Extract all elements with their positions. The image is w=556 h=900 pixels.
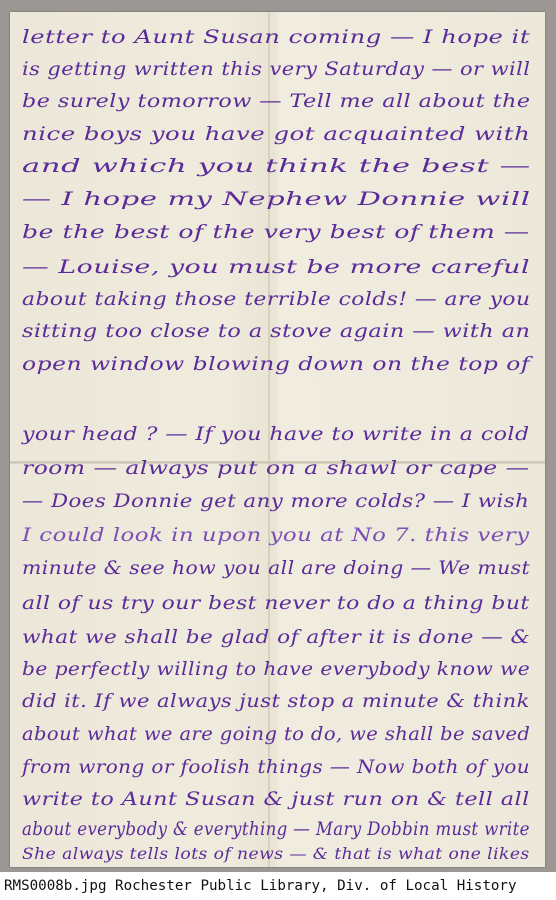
letter-line: about everybody & everything — Mary Dobb… bbox=[22, 818, 530, 840]
letter-line: minute & see how you all are doing — We … bbox=[22, 557, 530, 579]
image-caption: RMS0008b.jpg Rochester Public Library, D… bbox=[0, 872, 556, 900]
letter-line: what we shall be glad of after it is don… bbox=[22, 626, 530, 648]
letter-line: write to Aunt Susan & just run on & tell… bbox=[22, 788, 530, 810]
letter-line: from wrong or foolish things — Now both … bbox=[22, 756, 530, 778]
letter-line: and which you think the best — bbox=[22, 155, 531, 177]
letter-line: letter to Aunt Susan coming — I hope it bbox=[22, 26, 530, 48]
letter-line: about what we are going to do, we shall … bbox=[22, 723, 530, 745]
letter-line: all of us try our best never to do a thi… bbox=[22, 592, 530, 614]
letter-line: — Does Donnie get any more colds? — I wi… bbox=[22, 490, 529, 512]
letter-line: your head ? — If you have to write in a … bbox=[22, 423, 530, 445]
letter-line: She always tells lots of news — & that i… bbox=[22, 844, 530, 863]
letter-line: room — always put on a shawl or cape — bbox=[22, 457, 530, 479]
letter-line: about taking those terrible colds! — are… bbox=[22, 288, 530, 310]
letter-line: did it. If we always just stop a minute … bbox=[22, 690, 530, 712]
letter-line: be surely tomorrow — Tell me all about t… bbox=[22, 90, 531, 112]
letter-line: — Louise, you must be more careful bbox=[22, 256, 530, 278]
letter-line: I could look in upon you at No 7. this v… bbox=[22, 524, 530, 546]
letter-line: — I hope my Nephew Donnie will bbox=[22, 188, 531, 210]
letter-page: letter to Aunt Susan coming — I hope it … bbox=[10, 12, 545, 867]
letter-line: is getting written this very Saturday — … bbox=[22, 58, 530, 80]
letter-line: sitting too close to a stove again — wit… bbox=[22, 320, 530, 342]
letter-line: be perfectly willing to have everybody k… bbox=[22, 658, 530, 680]
letter-line: nice boys you have got acquainted with bbox=[22, 123, 530, 145]
letter-line: be the best of the very best of them — bbox=[22, 221, 530, 243]
letter-line: open window blowing down on the top of bbox=[22, 353, 530, 375]
